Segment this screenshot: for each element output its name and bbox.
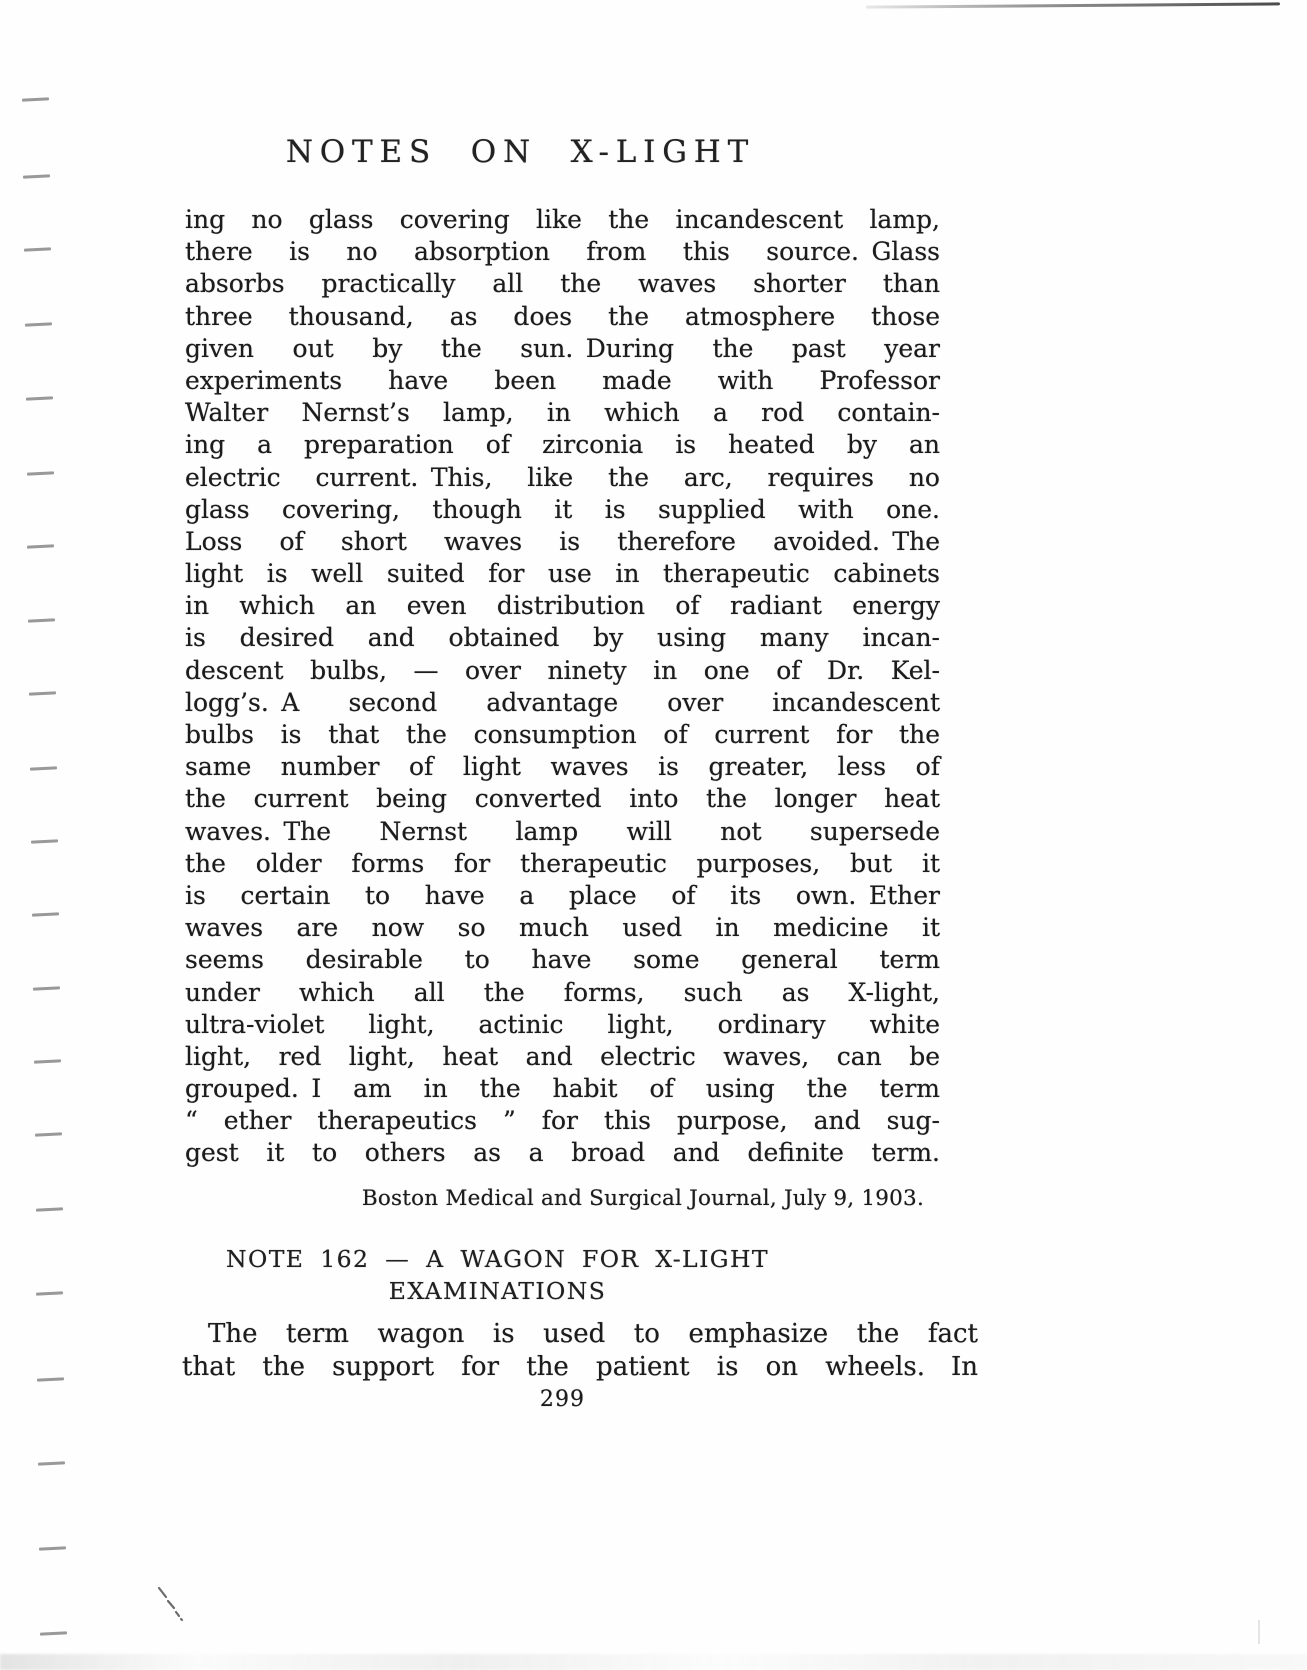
page-number: 299 [185, 1387, 940, 1412]
text-line: there is no absorption from this source.… [185, 236, 940, 268]
note-heading-line1: NOTE 162 — A WAGON FOR X-LIGHT [120, 1243, 875, 1275]
text-line: light is well suited for use in therapeu… [185, 558, 940, 590]
text-line: seems desirable to have some general ter… [185, 944, 940, 976]
margin-mark [40, 1631, 67, 1635]
text-line: ing no glass covering like the incandesc… [185, 204, 940, 236]
scan-artifact-top-edge [866, 2, 1280, 8]
text-line: grouped. I am in the habit of using the … [185, 1073, 940, 1105]
text-line: “ ether therapeutics ” for this purpose,… [185, 1105, 940, 1137]
margin-mark [23, 174, 50, 178]
text-line: under which all the forms, such as X-lig… [185, 977, 940, 1009]
margin-mark [36, 1291, 63, 1295]
text-line: light, red light, heat and electric wave… [185, 1041, 940, 1073]
text-line: Walter Nernst’s lamp, in which a rod con… [185, 397, 940, 429]
margin-mark [39, 1546, 66, 1550]
text-line: same number of light waves is greater, l… [185, 751, 940, 783]
text-line: logg’s. A second advantage over incandes… [185, 687, 940, 719]
margin-mark [26, 471, 53, 475]
article-body: ing no glass covering like the incandesc… [185, 204, 940, 1170]
text-line: bulbs is that the consumption of current… [185, 719, 940, 751]
margin-mark [25, 322, 52, 326]
text-line: ultra-violet light, actinic light, ordin… [185, 1009, 940, 1041]
margin-mark [35, 1132, 62, 1136]
pen-mark-artifact [155, 1583, 185, 1623]
margin-mark [29, 691, 56, 695]
text-line: in which an even distribution of radiant… [185, 590, 940, 622]
text-line: is desired and obtained by using many in… [185, 622, 940, 654]
margin-mark [28, 618, 55, 622]
text-line: the older forms for therapeutic purposes… [185, 848, 940, 880]
margin-mark [22, 97, 49, 101]
note-heading-line2: EXAMINATIONS [120, 1275, 875, 1307]
text-line: waves. The Nernst lamp will not supersed… [185, 816, 940, 848]
margin-mark [27, 544, 54, 548]
text-line: The term wagon is used to emphasize the … [182, 1318, 978, 1351]
text-line: descent bulbs, — over ninety in one of D… [185, 655, 940, 687]
margin-mark [35, 1207, 62, 1211]
text-line: ing a preparation of zirconia is heated … [185, 429, 940, 461]
text-line: given out by the sun. During the past ye… [185, 333, 940, 365]
scanned-book-page: NOTES ON X-LIGHT ing no glass covering l… [0, 0, 1307, 1670]
text-line: gest it to others as a broad and definit… [185, 1137, 940, 1169]
margin-mark [24, 247, 51, 251]
margin-mark [38, 1461, 65, 1465]
text-line: three thousand, as does the atmosphere t… [185, 301, 940, 333]
margin-mark [32, 912, 59, 916]
note-heading: NOTE 162 — A WAGON FOR X-LIGHT EXAMINATI… [120, 1243, 875, 1307]
second-paragraph: The term wagon is used to emphasize the … [182, 1318, 978, 1383]
text-line: experiments have been made with Professo… [185, 365, 940, 397]
text-line: electric current. This, like the arc, re… [185, 462, 940, 494]
citation: Boston Medical and Surgical Journal, Jul… [185, 1186, 940, 1211]
text-line: Loss of short waves is therefore avoided… [185, 526, 940, 558]
text-line: waves are now so much used in medicine i… [185, 912, 940, 944]
text-line: that the support for the patient is on w… [182, 1351, 978, 1384]
margin-mark [26, 396, 53, 400]
margin-mark [33, 986, 60, 990]
text-line: glass covering, though it is supplied wi… [185, 494, 940, 526]
margin-mark [34, 1059, 61, 1063]
text-line: is certain to have a place of its own. E… [185, 880, 940, 912]
page-title: NOTES ON X-LIGHT [143, 134, 898, 170]
text-line: the current being converted into the lon… [185, 783, 940, 815]
margin-mark [31, 839, 58, 843]
text-line: absorbs practically all the waves shorte… [185, 268, 940, 300]
margin-mark [30, 766, 57, 770]
margin-mark [37, 1377, 64, 1381]
scan-artifact-bottom-shadow [0, 1654, 1307, 1670]
scan-artifact-side-tick [1258, 1620, 1260, 1644]
